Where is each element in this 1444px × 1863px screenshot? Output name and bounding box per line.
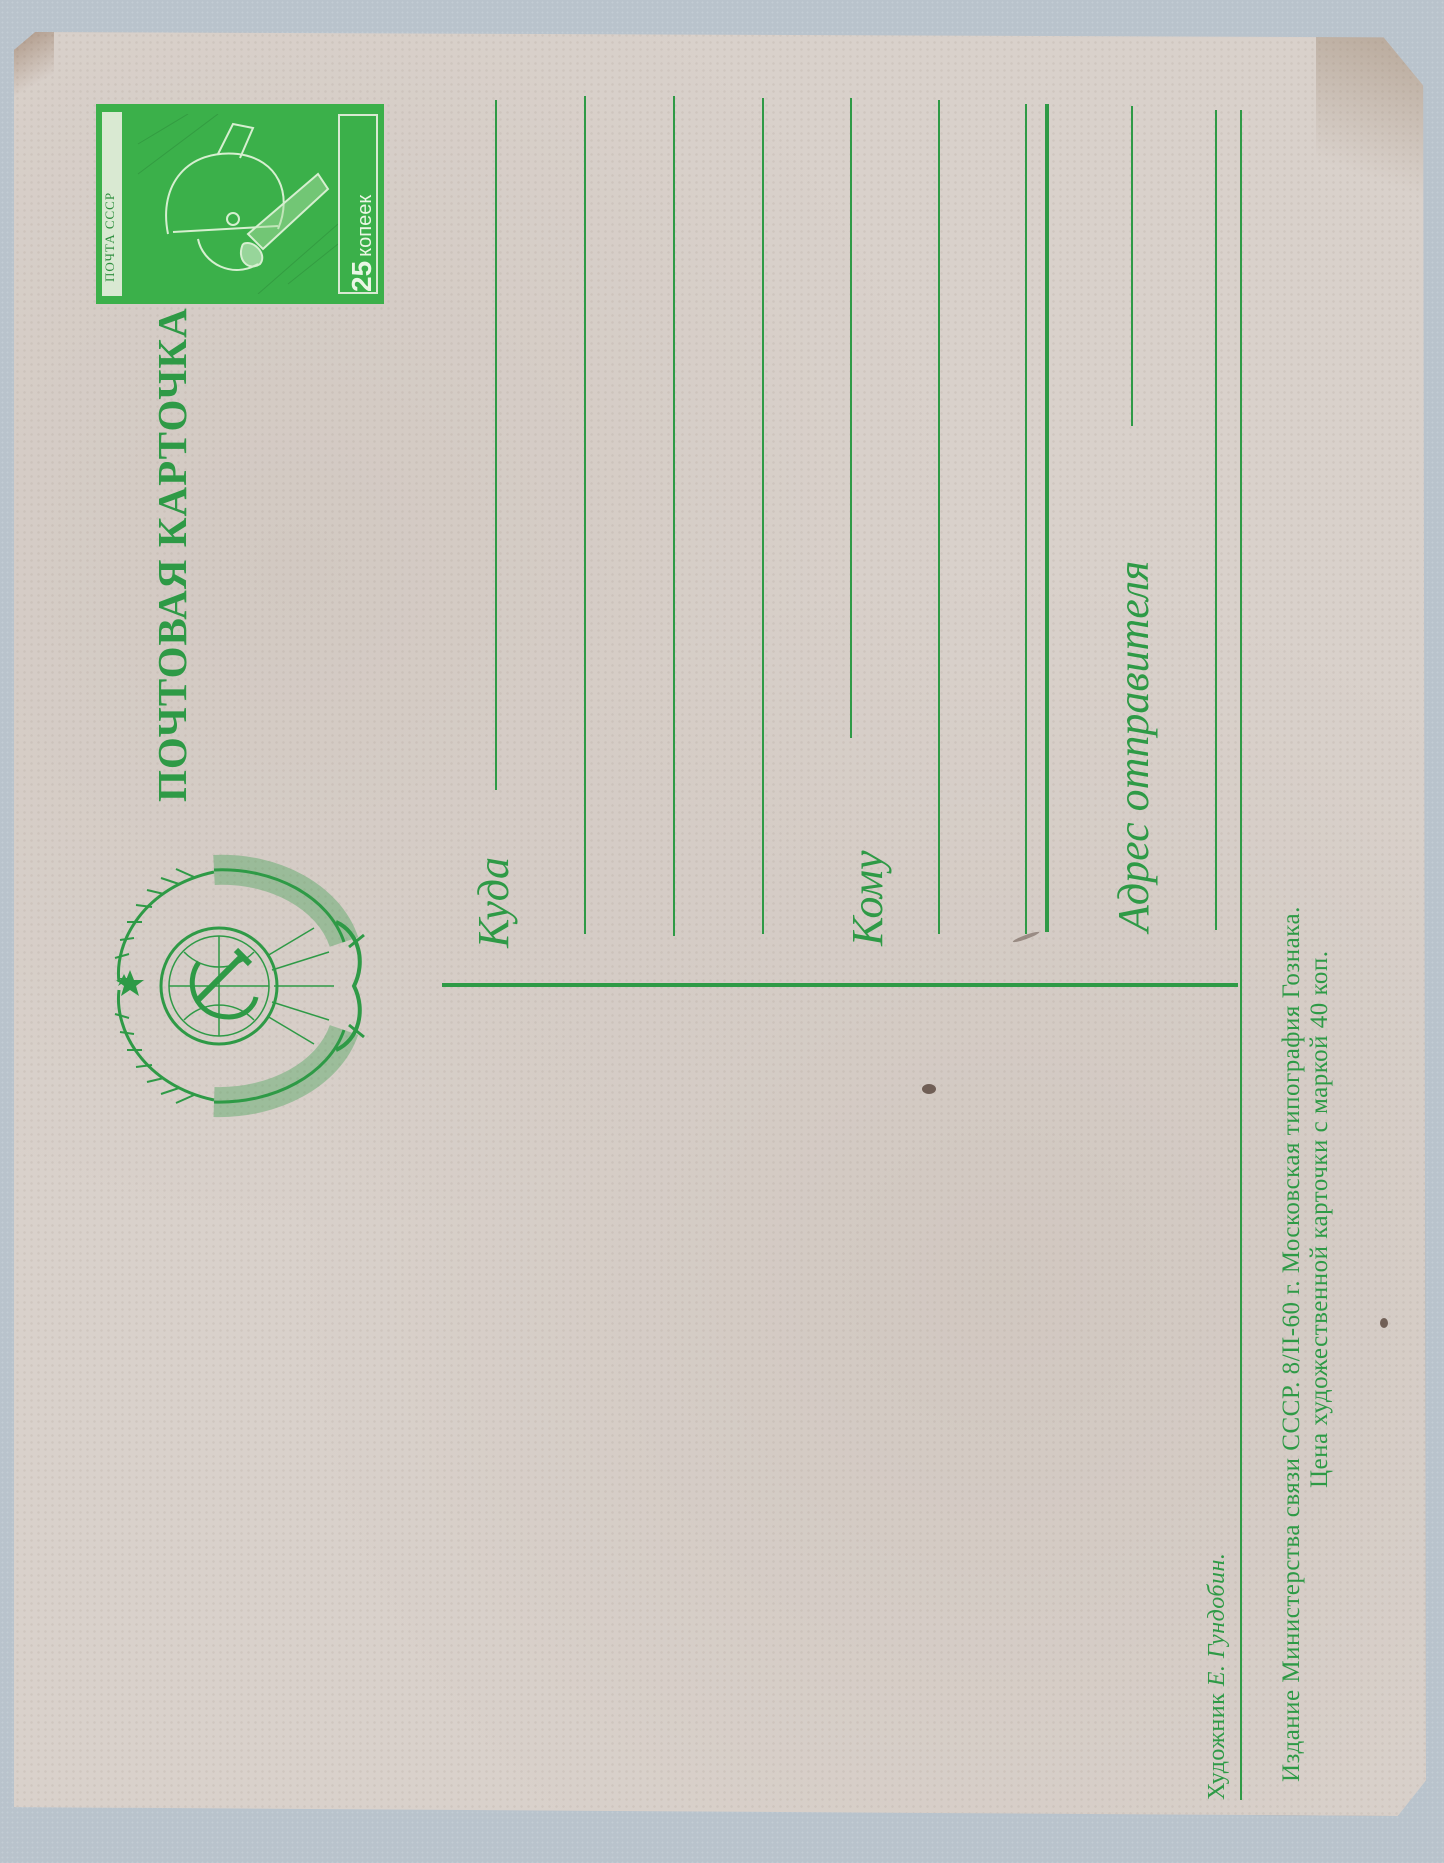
address-divider-line bbox=[442, 983, 1238, 987]
to-whom-label: Кому bbox=[842, 851, 893, 946]
address-line bbox=[495, 100, 497, 790]
address-line bbox=[938, 100, 940, 934]
address-line bbox=[584, 96, 586, 934]
corner-wear bbox=[1316, 32, 1426, 232]
postcard-title: ПОЧТОВАЯ КАРТОЧКА bbox=[148, 307, 196, 802]
artist-name: Е. Гундобин. bbox=[1204, 1553, 1230, 1687]
to-where-label: Куда bbox=[468, 857, 519, 948]
postage-stamp: ПОЧТА СССР 25копеек bbox=[96, 104, 384, 304]
stamp-value-unit: копеек bbox=[354, 195, 376, 257]
miner-portrait-icon bbox=[128, 114, 338, 294]
artist-credit: Художник Е. Гундобин. bbox=[1204, 1553, 1231, 1800]
stain bbox=[922, 1084, 936, 1094]
stain bbox=[1380, 1318, 1388, 1328]
stamp-issuer-text: ПОЧТА СССР bbox=[102, 192, 118, 282]
ussr-coat-of-arms-icon bbox=[104, 852, 386, 1120]
address-line bbox=[850, 98, 852, 738]
sender-address-label: Адрес отправителя bbox=[1108, 561, 1159, 932]
stamp-value-number: 25 bbox=[346, 261, 377, 292]
sender-address-line bbox=[1215, 110, 1217, 930]
address-line bbox=[762, 98, 764, 934]
imprint-divider-line bbox=[1240, 110, 1242, 1800]
address-line-bold bbox=[1045, 104, 1049, 932]
address-line bbox=[1025, 104, 1027, 934]
publisher-imprint: Издание Министерства связи СССР. 8/II-60… bbox=[1278, 906, 1306, 1782]
address-line bbox=[673, 96, 675, 936]
artist-prefix: Художник bbox=[1204, 1693, 1230, 1800]
stamp-value: 25копеек bbox=[346, 266, 378, 292]
corner-wear bbox=[14, 32, 54, 102]
sender-address-line bbox=[1131, 106, 1133, 426]
price-imprint: Цена художественной карточки с маркой 40… bbox=[1306, 951, 1334, 1488]
